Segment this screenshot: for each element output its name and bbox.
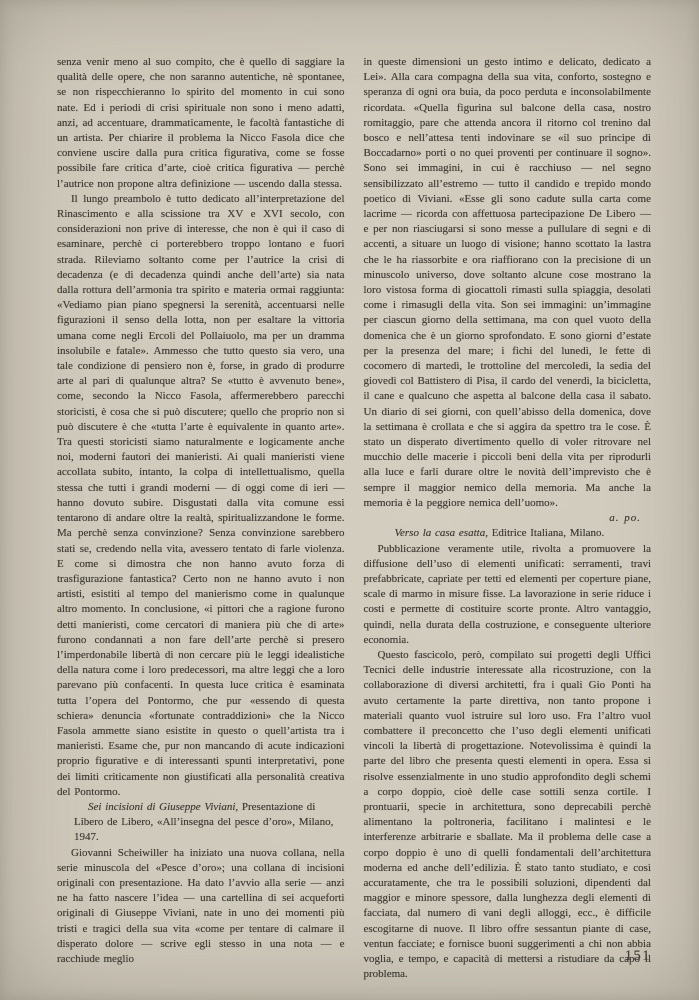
page-number: 151 bbox=[625, 948, 651, 965]
review-heading-viviani: Sei incisioni di Giuseppe Viviani, Prese… bbox=[57, 800, 345, 846]
reviewer-initials: a. po. bbox=[364, 511, 652, 526]
right-column: in queste dimensioni un gesto intimo e d… bbox=[364, 55, 652, 982]
review-title: Verso la casa esatta, bbox=[395, 527, 488, 539]
review-heading-casa-esatta: Verso la casa esatta, Editrice Italiana,… bbox=[364, 526, 652, 541]
text-columns: senza venir meno al suo compito, che è q… bbox=[57, 55, 651, 982]
paragraph: Pubblicazione veramente utile, rivolta a… bbox=[364, 542, 652, 648]
review-title: Sei incisioni di Giuseppe Viviani, bbox=[88, 801, 238, 813]
paragraph-continuation: senza venir meno al suo compito, che è q… bbox=[57, 55, 345, 192]
review-publisher: Editrice Italiana, Milano. bbox=[488, 527, 604, 539]
paragraph: Questo fascicolo, però, compilato sui pr… bbox=[364, 648, 652, 982]
paragraph: Il lungo preambolo è tutto dedicato all’… bbox=[57, 192, 345, 800]
paragraph-continuation: in queste dimensioni un gesto intimo e d… bbox=[364, 55, 652, 511]
scanned-book-page: senza venir meno al suo compito, che è q… bbox=[0, 0, 699, 1000]
paragraph: Giovanni Scheiwiller ha iniziato una nuo… bbox=[57, 846, 345, 968]
left-column: senza venir meno al suo compito, che è q… bbox=[57, 55, 345, 982]
